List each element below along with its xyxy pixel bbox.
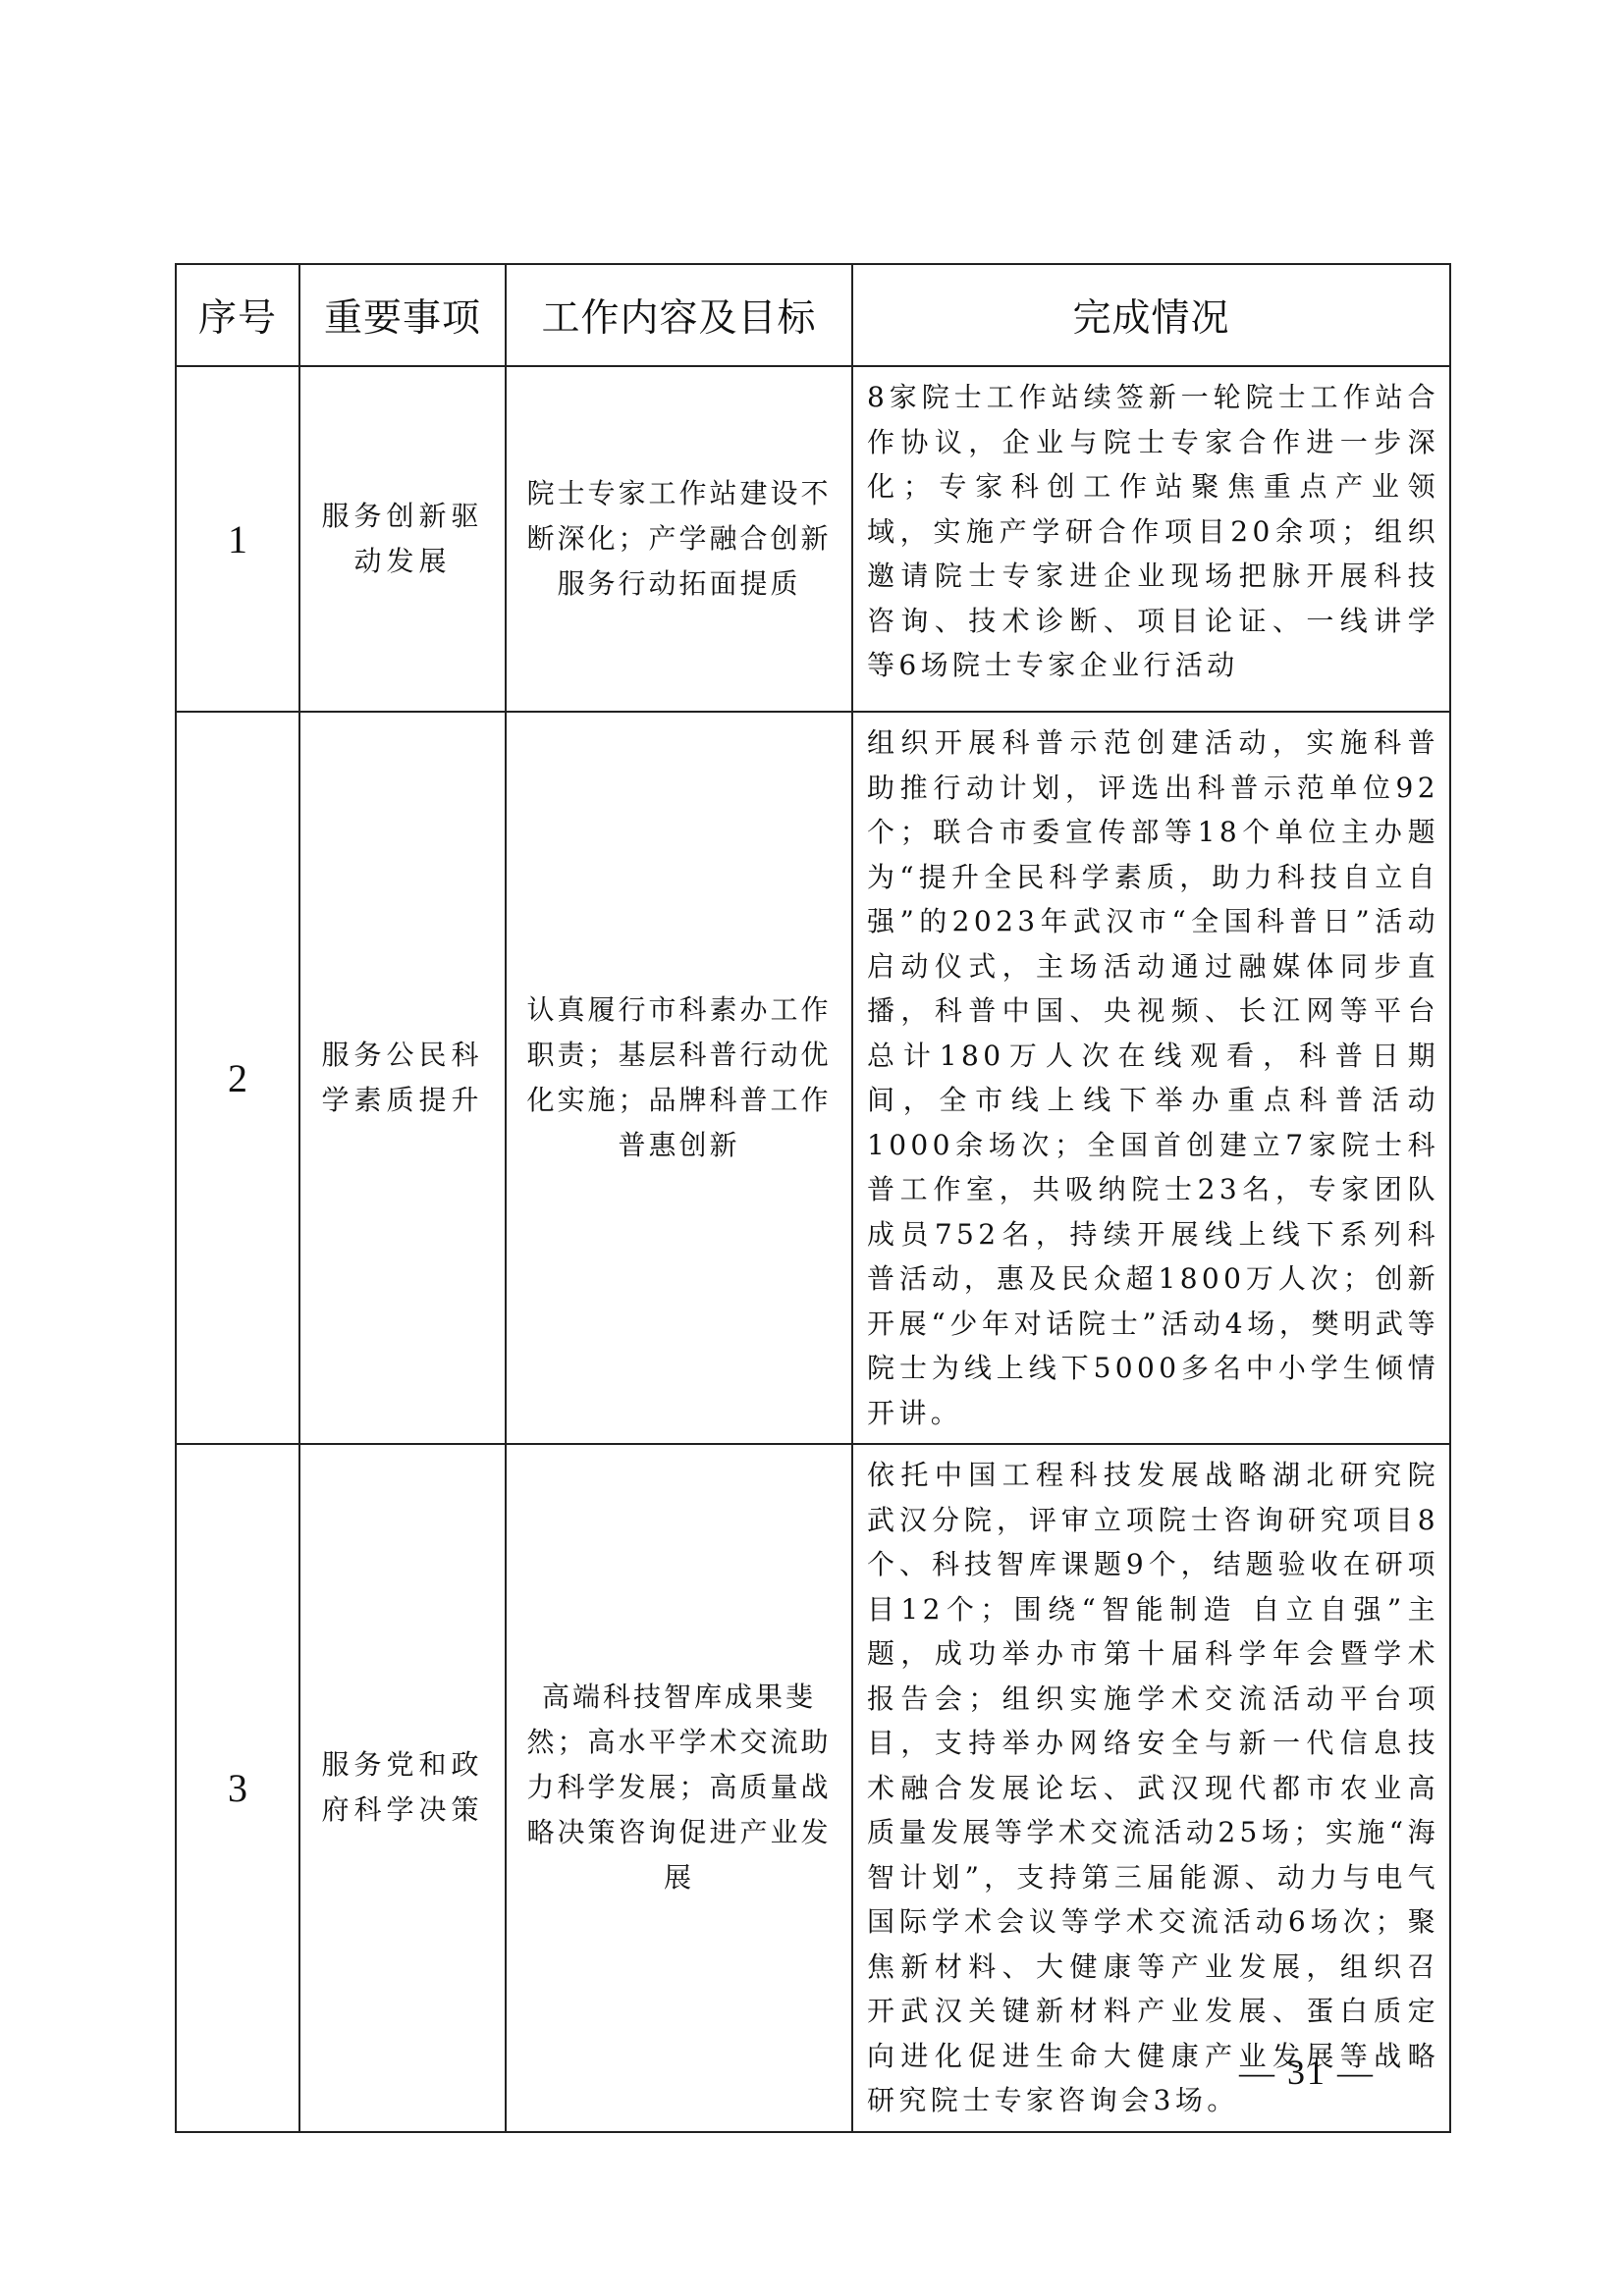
work-summary-table: 序号 重要事项 工作内容及目标 完成情况 1 服务创新驱动发展 院士专家工作站建… [175,263,1451,2133]
header-goal: 工作内容及目标 [506,264,852,366]
table-row: 2 服务公民科学素质提升 认真履行市科素办工作职责；基层科普行动优化实施；品牌科… [176,712,1450,1444]
row-goal: 院士专家工作站建设不断深化；产学融合创新服务行动拓面提质 [506,366,852,712]
header-result: 完成情况 [852,264,1450,366]
table-row: 1 服务创新驱动发展 院士专家工作站建设不断深化；产学融合创新服务行动拓面提质 … [176,366,1450,712]
row-number: 2 [176,712,299,1444]
table-row: 3 服务党和政府科学决策 高端科技智库成果斐然；高水平学术交流助力科学发展；高质… [176,1444,1450,2132]
row-item: 服务创新驱动发展 [299,366,506,712]
row-item: 服务党和政府科学决策 [299,1444,506,2132]
row-result: 依托中国工程科技发展战略湖北研究院武汉分院，评审立项院士咨询研究项目8个、科技智… [852,1444,1450,2132]
table-header-row: 序号 重要事项 工作内容及目标 完成情况 [176,264,1450,366]
header-no: 序号 [176,264,299,366]
row-number: 3 [176,1444,299,2132]
page-number: — 31 — [1239,2052,1375,2093]
header-item: 重要事项 [299,264,506,366]
row-goal: 高端科技智库成果斐然；高水平学术交流助力科学发展；高质量战略决策咨询促进产业发展 [506,1444,852,2132]
row-item: 服务公民科学素质提升 [299,712,506,1444]
row-result: 组织开展科普示范创建活动，实施科普助推行动计划，评选出科普示范单位92个；联合市… [852,712,1450,1444]
row-goal: 认真履行市科素办工作职责；基层科普行动优化实施；品牌科普工作普惠创新 [506,712,852,1444]
row-number: 1 [176,366,299,712]
row-result: 8家院士工作站续签新一轮院士工作站合作协议，企业与院士专家合作进一步深化；专家科… [852,366,1450,712]
